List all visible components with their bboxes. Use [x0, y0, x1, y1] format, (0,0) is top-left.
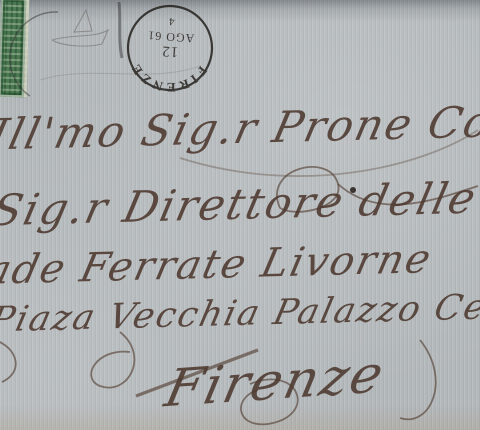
svg-text:FIRENZE: FIRENZE	[125, 59, 211, 98]
postmark-date: AGO 61	[147, 28, 195, 45]
cancel-arc-icon	[10, 12, 58, 96]
fold-smudge	[119, 2, 122, 58]
postmark-town: FIRENZE	[125, 59, 211, 98]
postmark-day: 12	[161, 42, 179, 59]
postmark-hour: 4	[168, 15, 175, 27]
letter-cover: FIRENZE 12 AGO 61 4 Ill'mo Sig.r Prone C…	[0, 0, 480, 430]
postmark: FIRENZE 12 AGO 61 4	[121, 0, 219, 97]
